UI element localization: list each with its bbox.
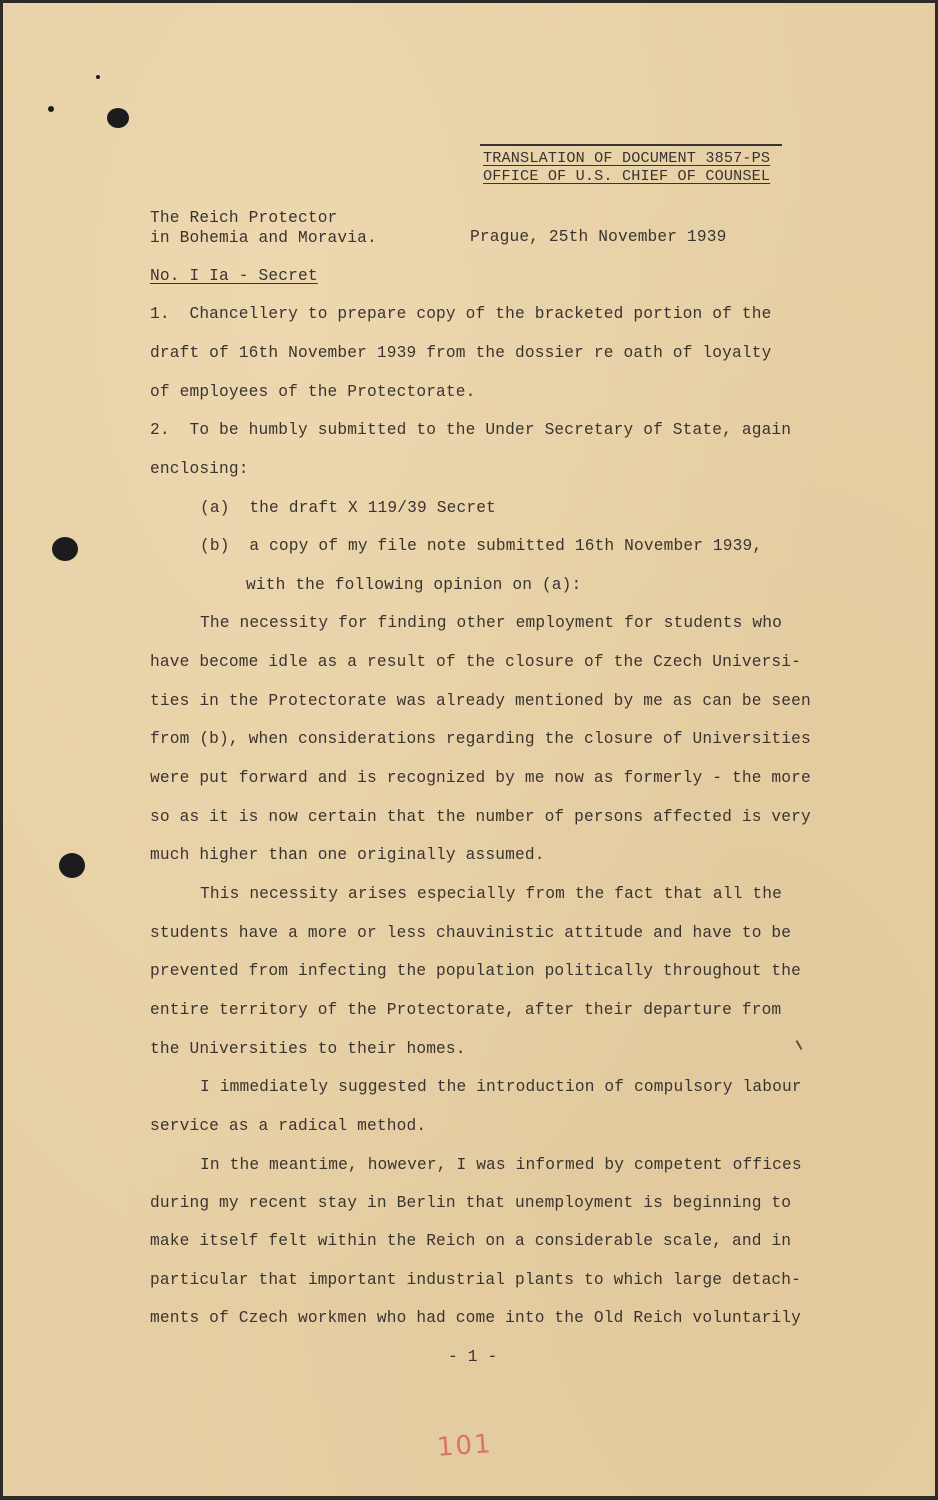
body-line: students have a more or less chauvinisti…	[150, 924, 791, 942]
reference-number: No. I Ia - Secret	[150, 267, 318, 285]
body-line: much higher than one originally assumed.	[150, 846, 545, 864]
body-line: I immediately suggested the introduction…	[200, 1078, 802, 1096]
body-line: draft of 16th November 1939 from the dos…	[150, 344, 771, 362]
document-page: TRANSLATION OF DOCUMENT 3857-PS OFFICE O…	[3, 3, 935, 1496]
sender-line-1: The Reich Protector	[150, 209, 337, 227]
punch-hole-top	[107, 108, 129, 128]
sender-line-2: in Bohemia and Moravia.	[150, 229, 377, 247]
body-line: were put forward and is recognized by me…	[150, 769, 811, 787]
body-line: the Universities to their homes.	[150, 1040, 466, 1058]
body-line: The necessity for finding other employme…	[200, 614, 782, 632]
punch-speck	[48, 106, 54, 112]
body-line: This necessity arises especially from th…	[200, 885, 782, 903]
body-line: In the meantime, however, I was informed…	[200, 1156, 802, 1174]
page-number: - 1 -	[448, 1348, 497, 1366]
enclosure-a: (a) the draft X 119/39 Secret	[200, 499, 496, 517]
punch-hole-bottom	[59, 853, 85, 878]
body-line: so as it is now certain that the number …	[150, 808, 811, 826]
body-line: 1. Chancellery to prepare copy of the br…	[150, 305, 771, 323]
body-line: particular that important industrial pla…	[150, 1271, 801, 1289]
body-line: prevented from infecting the population …	[150, 962, 801, 980]
enclosure-b: (b) a copy of my file note submitted 16t…	[200, 537, 762, 555]
header-title: TRANSLATION OF DOCUMENT 3857-PS	[483, 149, 770, 167]
body-line: have become idle as a result of the clos…	[150, 653, 801, 671]
body-line: make itself felt within the Reich on a c…	[150, 1232, 791, 1250]
punch-hole-middle	[52, 537, 78, 561]
body-line: with the following opinion on (a):	[246, 576, 581, 594]
body-line: 2. To be humbly submitted to the Under S…	[150, 421, 791, 439]
body-line: ties in the Protectorate was already men…	[150, 692, 811, 710]
body-line: enclosing:	[150, 460, 249, 478]
body-line: from (b), when considerations regarding …	[150, 730, 811, 748]
body-line: service as a radical method.	[150, 1117, 426, 1135]
body-line: of employees of the Protectorate.	[150, 383, 476, 401]
body-line: ments of Czech workmen who had come into…	[150, 1309, 801, 1327]
place-date: Prague, 25th November 1939	[470, 228, 726, 246]
handwritten-page-mark: 101	[436, 1429, 494, 1463]
punch-speck	[96, 75, 100, 79]
body-line: during my recent stay in Berlin that une…	[150, 1194, 791, 1212]
body-line: entire territory of the Protectorate, af…	[150, 1001, 781, 1019]
header-office: OFFICE OF U.S. CHIEF OF COUNSEL	[483, 167, 770, 185]
stray-mark	[796, 1040, 803, 1050]
